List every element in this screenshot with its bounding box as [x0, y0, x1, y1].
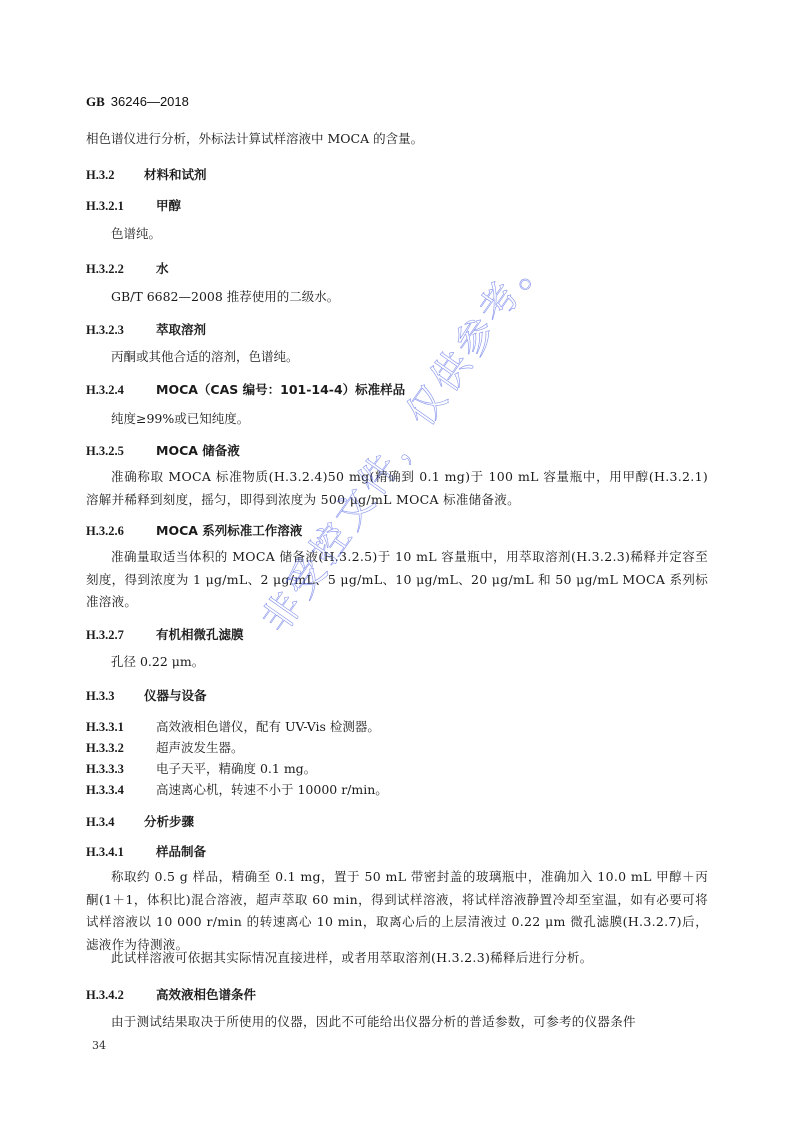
- item-number: H.3.3.3: [86, 762, 156, 777]
- heading-h3321: H.3.2.1甲醇: [86, 196, 181, 214]
- heading-h3341: H.3.4.1样品制备: [86, 842, 206, 860]
- body-h3323: 丙酮或其他合适的溶剂，色谱纯。: [111, 346, 299, 368]
- heading-title: MOCA 系列标准工作溶液: [156, 523, 302, 538]
- heading-number: H.3.4.1: [86, 845, 156, 860]
- heading-number: H.3.2.7: [86, 628, 156, 643]
- heading-title: 水: [156, 261, 169, 276]
- heading-number: H.3.4: [86, 815, 144, 830]
- heading-h3325: H.3.2.5MOCA 储备液: [86, 441, 240, 459]
- heading-number: H.3.2.6: [86, 524, 156, 539]
- heading-number: H.3.2.2: [86, 262, 156, 277]
- heading-h3327: H.3.2.7有机相微孔滤膜: [86, 625, 244, 643]
- intro-line: 相色谱仪进行分析，外标法计算试样溶液中 MOCA 的含量。: [86, 128, 423, 150]
- heading-number: H.3.2: [86, 168, 144, 183]
- heading-number: H.3.3: [86, 689, 144, 704]
- heading-title: 分析步骤: [144, 814, 194, 829]
- body-h3321: 色谱纯。: [111, 223, 161, 245]
- heading-title: 样品制备: [156, 844, 206, 859]
- standard-code: GB36246—2018: [86, 94, 189, 110]
- list-item: H.3.3.1高效液相色谱仪，配有 UV-Vis 检测器。: [86, 717, 380, 735]
- heading-h332: H.3.2材料和试剂: [86, 165, 207, 183]
- body-h3342: 由于测试结果取决于所使用的仪器，因此不可能给出仪器分析的普适参数，可参考的仪器条…: [86, 1011, 708, 1034]
- body-h3341-1: 称取约 0.5 g 样品，精确至 0.1 mg，置于 50 mL 带密封盖的玻璃…: [86, 866, 708, 956]
- heading-number: H.3.2.1: [86, 199, 156, 214]
- body-h3327: 孔径 0.22 μm。: [111, 651, 204, 673]
- heading-number: H.3.2.3: [86, 323, 156, 338]
- body-h3322: GB/T 6682—2008 推荐使用的二级水。: [111, 286, 339, 308]
- heading-title: 材料和试剂: [144, 167, 207, 182]
- item-text: 高效液相色谱仪，配有 UV-Vis 检测器。: [156, 719, 380, 734]
- heading-h333: H.3.3仪器与设备: [86, 686, 207, 704]
- heading-title: 有机相微孔滤膜: [156, 627, 244, 642]
- body-h3325: 准确称取 MOCA 标准物质(H.3.2.4)50 mg(精确到 0.1 mg)…: [86, 466, 708, 511]
- standard-number: 36246—2018: [111, 94, 189, 109]
- heading-title: 甲醇: [156, 198, 181, 213]
- standard-prefix: GB: [86, 94, 105, 109]
- item-text: 超声波发生器。: [156, 740, 244, 755]
- list-item: H.3.3.2超声波发生器。: [86, 738, 244, 756]
- heading-title: 萃取溶剂: [156, 322, 206, 337]
- item-text: 高速离心机，转速不小于 10000 r/min。: [156, 782, 388, 797]
- heading-h3342: H.3.4.2高效液相色谱条件: [86, 985, 256, 1003]
- item-number: H.3.3.2: [86, 741, 156, 756]
- item-number: H.3.3.1: [86, 720, 156, 735]
- heading-title: 仪器与设备: [144, 688, 207, 703]
- heading-h334: H.3.4分析步骤: [86, 812, 194, 830]
- list-item: H.3.3.3电子天平，精确度 0.1 mg。: [86, 759, 316, 777]
- heading-h3326: H.3.2.6MOCA 系列标准工作溶液: [86, 521, 302, 539]
- heading-number: H.3.2.5: [86, 444, 156, 459]
- body-h3341-2: 此试样溶液可依据其实际情况直接进样，或者用萃取溶剂(H.3.2.3)稀释后进行分…: [86, 947, 708, 970]
- heading-title: 高效液相色谱条件: [156, 987, 256, 1002]
- heading-title: MOCA（CAS 编号：101-14-4）标准样品: [156, 382, 405, 397]
- list-item: H.3.3.4高速离心机，转速不小于 10000 r/min。: [86, 780, 388, 798]
- body-h3326: 准确量取适当体积的 MOCA 储备液(H.3.2.5)于 10 mL 容量瓶中，…: [86, 546, 708, 614]
- heading-title: MOCA 储备液: [156, 443, 240, 458]
- item-text: 电子天平，精确度 0.1 mg。: [156, 761, 316, 776]
- heading-h3323: H.3.2.3萃取溶剂: [86, 320, 206, 338]
- item-number: H.3.3.4: [86, 783, 156, 798]
- heading-h3324: H.3.2.4MOCA（CAS 编号：101-14-4）标准样品: [86, 380, 405, 398]
- heading-h3322: H.3.2.2水: [86, 259, 169, 277]
- page-number: 34: [92, 1039, 106, 1052]
- heading-number: H.3.2.4: [86, 383, 156, 398]
- document-page: GB36246—2018 相色谱仪进行分析，外标法计算试样溶液中 MOCA 的含…: [0, 0, 793, 1122]
- heading-number: H.3.4.2: [86, 988, 156, 1003]
- body-h3324: 纯度≥99%或已知纯度。: [111, 408, 249, 430]
